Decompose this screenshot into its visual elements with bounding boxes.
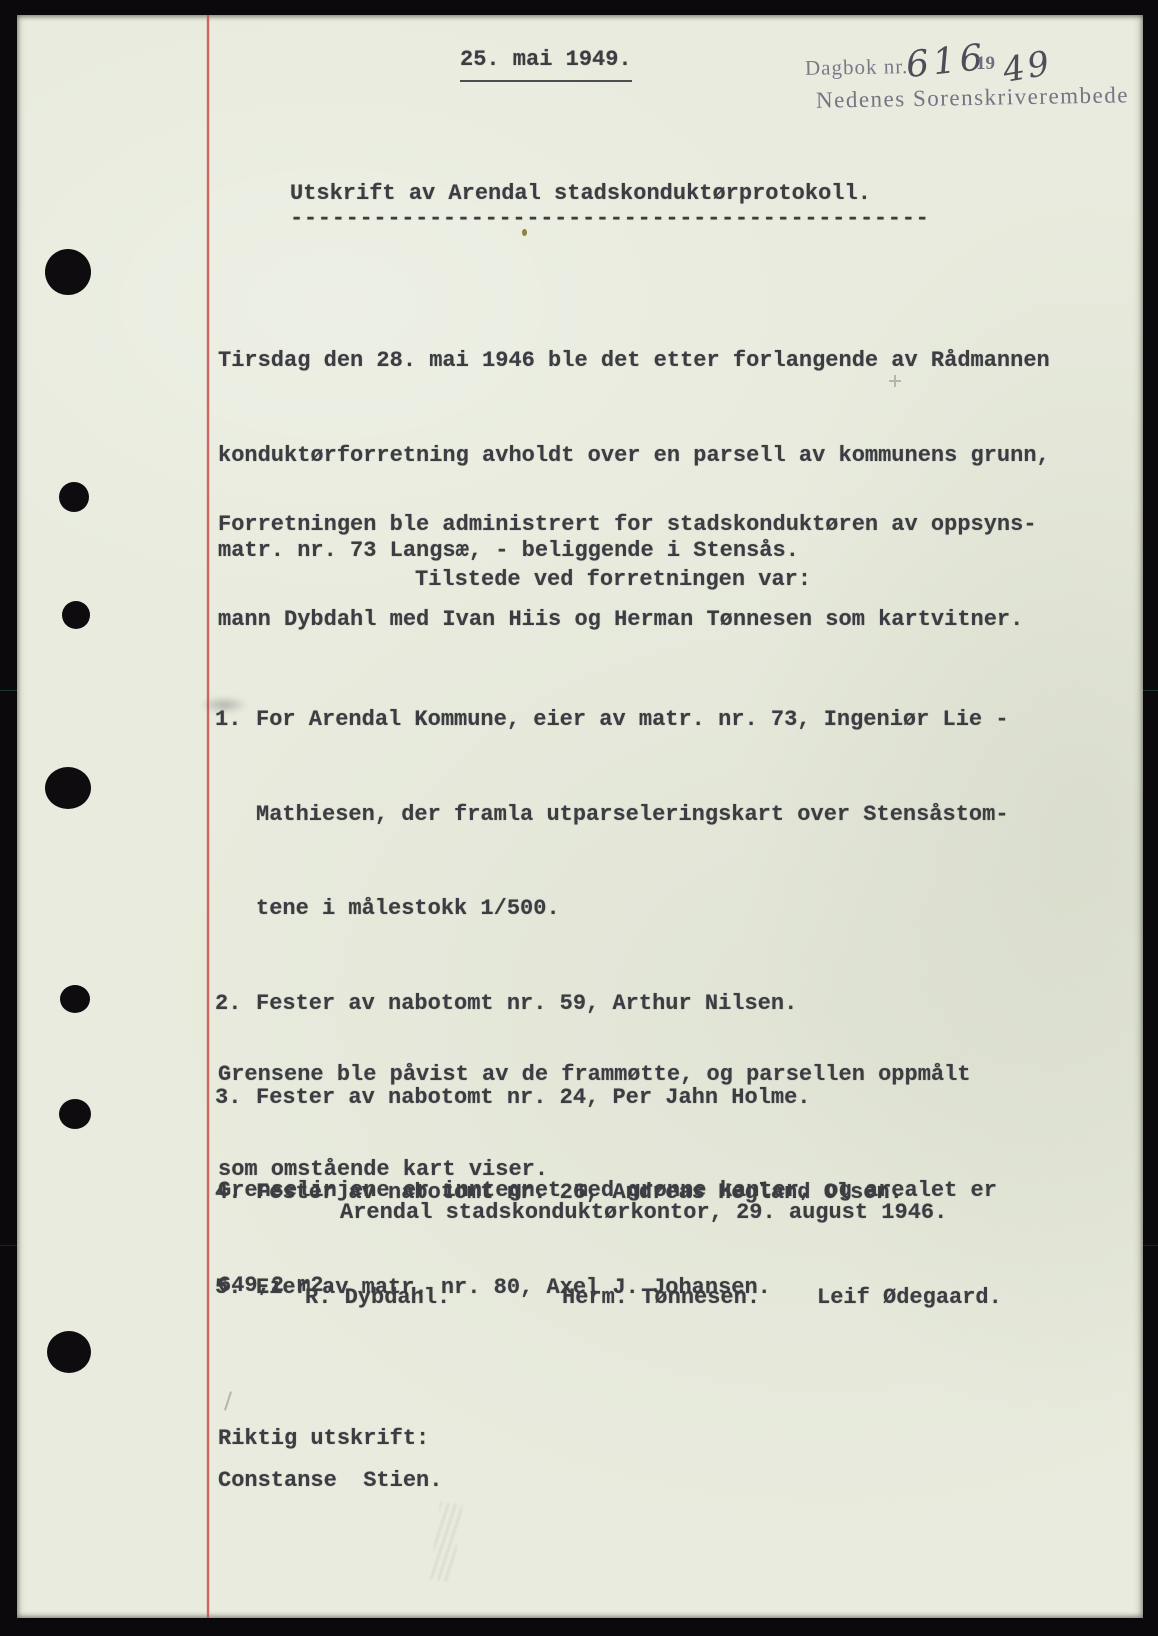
- punch-hole: [60, 985, 90, 1013]
- punch-hole: [59, 482, 89, 512]
- scanner-background: { "colors":{ "paper":"#e8ebdd", "ink":"#…: [0, 0, 1158, 1636]
- date-header: 25. mai 1949.: [460, 45, 632, 82]
- journal-stamp-label: Dagbok nr.: [805, 54, 909, 81]
- attendees-heading: Tilstede ved forretningen var:: [415, 565, 811, 595]
- office-stamp: Nedenes Sorenskriverembede: [816, 82, 1129, 113]
- text-line: For Arendal Kommune, eier av matr. nr. 7…: [256, 698, 1009, 743]
- punch-hole: [62, 601, 90, 629]
- list-item: 1. For Arendal Kommune, eier av matr. nr…: [215, 698, 1009, 743]
- ink-smudge: [200, 696, 248, 714]
- certifier-name: Constanse Stien.: [218, 1466, 442, 1496]
- dateline: Arendal stadskonduktørkontor, 29. august…: [340, 1198, 947, 1228]
- punch-hole: [45, 249, 91, 295]
- red-margin-line: [207, 15, 209, 1618]
- text-line: mann Dybdahl med Ivan Hiis og Herman Tøn…: [218, 597, 1037, 642]
- list-item-continuation: Mathiesen, der framla utparseleringskart…: [215, 793, 1009, 838]
- attendee-number: [215, 887, 256, 932]
- text-line: Tirsdag den 28. mai 1946 ble det etter f…: [218, 338, 1050, 383]
- ink-dot: [522, 229, 527, 236]
- signature-3: Leif Ødegaard.: [817, 1283, 1002, 1313]
- signature-1: R. Dybdahl.: [305, 1283, 450, 1313]
- list-item-continuation: tene i målestokk 1/500.: [215, 887, 1009, 932]
- text-line: Grensene ble påvist av de frammøtte, og …: [218, 1052, 971, 1097]
- attendee-number: [215, 793, 256, 838]
- signature-2: Herm. Tønnesen.: [562, 1283, 760, 1313]
- document-page: 25. mai 1949. Dagbok nr. 616 19 49 Neden…: [17, 15, 1143, 1618]
- certification-label: Riktig utskrift:: [218, 1424, 429, 1454]
- text-line: tene i målestokk 1/500.: [256, 887, 560, 932]
- document-title: Utskrift av Arendal stadskonduktørprotok…: [290, 181, 871, 207]
- title-divider: ----------------------------------------…: [290, 206, 930, 232]
- punch-hole: [47, 1331, 91, 1373]
- pencil-smudge: [430, 1502, 463, 1582]
- paragraph-4: Grenselinjene er inntegnet med grønne ka…: [218, 1118, 997, 1358]
- pencil-mark: [224, 1391, 232, 1411]
- pencil-mark: [889, 375, 901, 387]
- journal-stamp-year-prefix: 19: [976, 53, 995, 75]
- text-line: Mathiesen, der framla utparseleringskart…: [256, 793, 1009, 838]
- punch-hole: [45, 767, 91, 809]
- text-line: Forretningen ble administrert for stadsk…: [218, 502, 1037, 547]
- punch-hole: [59, 1099, 91, 1129]
